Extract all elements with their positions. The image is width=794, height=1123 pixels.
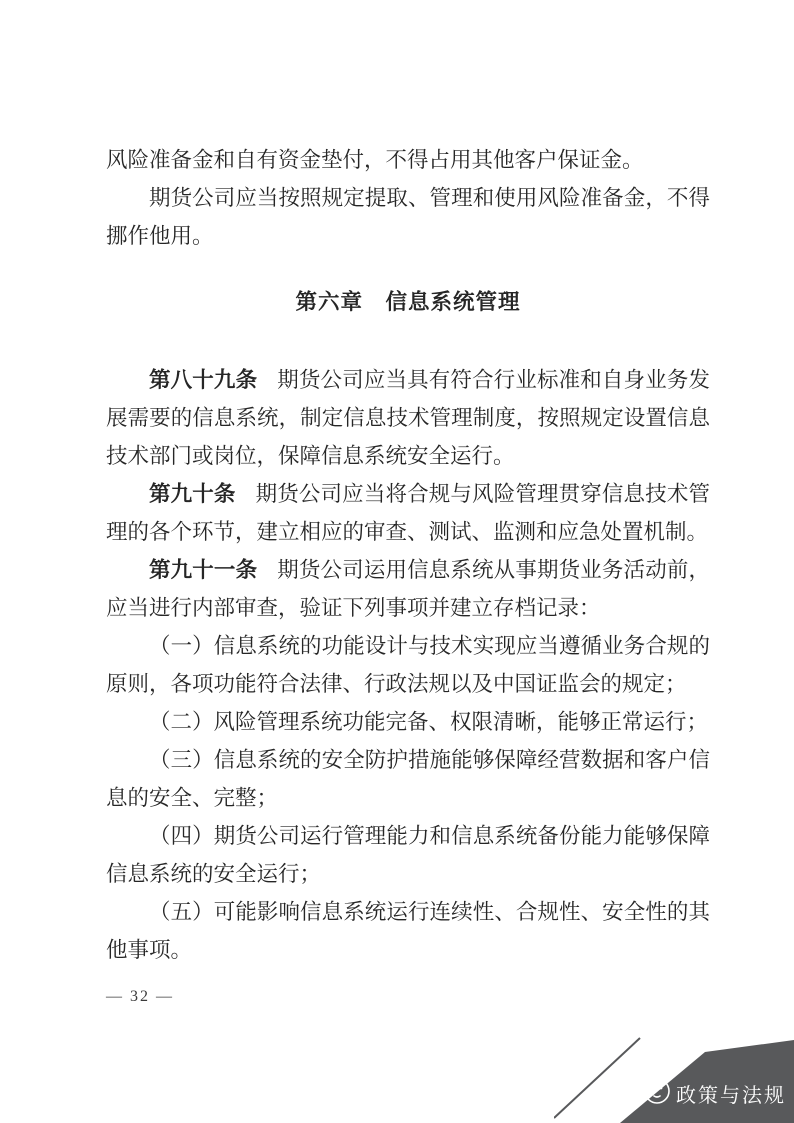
paragraph-continuation: 风险准备金和自有资金垫付，不得占用其他客户保证金。 [106, 141, 710, 179]
list-item-2: （二）风险管理系统功能完备、权限清晰，能够正常运行； [106, 703, 710, 741]
article-paragraph-89: 第八十九条期货公司应当具有符合行业标准和自身业务发展需要的信息系统，制定信息技术… [106, 361, 710, 475]
page-number: — 32 — [106, 988, 174, 1006]
article-number: 第九十一条 [149, 558, 257, 582]
list-item-4: （四）期货公司运行管理能力和信息系统备份能力能够保障信息系统的安全运行； [106, 817, 710, 893]
watermark-banner: 政策与法规 [554, 1030, 794, 1123]
paragraph: 期货公司应当按照规定提取、管理和使用风险准备金，不得挪作他用。 [106, 179, 710, 255]
banner-shape [554, 1030, 794, 1123]
document-body: 风险准备金和自有资金垫付，不得占用其他客户保证金。 期货公司应当按照规定提取、管… [106, 141, 710, 969]
list-item-3: （三）信息系统的安全防护措施能够保障经营数据和客户信息的安全、完整； [106, 741, 710, 817]
diagonal-accent-line [554, 1038, 640, 1118]
article-paragraph-90: 第九十条期货公司应当将合规与风险管理贯穿信息技术管理的各个环节，建立相应的审查、… [106, 475, 710, 551]
chapter-heading: 第六章 信息系统管理 [106, 283, 710, 321]
watermark-text: 政策与法规 [676, 1079, 786, 1108]
list-item-5: （五）可能影响信息系统运行连续性、合规性、安全性的其他事项。 [106, 893, 710, 969]
article-paragraph-91: 第九十一条期货公司运用信息系统从事期货业务活动前，应当进行内部审查，验证下列事项… [106, 551, 710, 627]
article-number: 第九十条 [149, 482, 236, 506]
article-number: 第八十九条 [149, 368, 257, 392]
document-page: 风险准备金和自有资金垫付，不得占用其他客户保证金。 期货公司应当按照规定提取、管… [0, 0, 794, 1123]
list-item-1: （一）信息系统的功能设计与技术实现应当遵循业务合规的原则，各项功能符合法律、行政… [106, 627, 710, 703]
